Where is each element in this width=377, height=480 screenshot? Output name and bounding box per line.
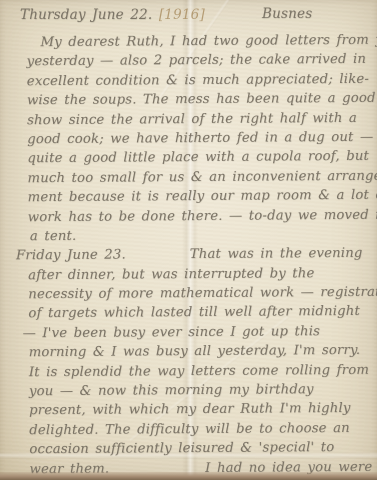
bottom-paper-edge-shadow	[0, 472, 377, 480]
letter-line: present, with which my dear Ruth I'm hig…	[29, 399, 370, 421]
letter-line: of targets which lasted till well after …	[28, 302, 369, 324]
letter-line: My dearest Ruth, I had two good letters …	[26, 31, 367, 53]
letter-line: necessity of more mathematical work — re…	[28, 283, 369, 305]
letter-line: It is splendid the way letters come roll…	[29, 360, 370, 382]
letter-line: — I've been busy ever since I got up thi…	[22, 322, 369, 344]
place-name: Busnes	[262, 6, 312, 22]
year-annotation: [1916]	[152, 7, 205, 23]
letter-line: good cook; we have hitherto fed in a dug…	[27, 128, 368, 150]
letter-date: Thursday June 22. [1916]	[20, 7, 205, 23]
letter-line: delighted. The difficulty will be to cho…	[29, 419, 370, 441]
date-text: Thursday June 22.	[20, 7, 152, 23]
letter-line: after dinner, but was interrupted by the	[28, 263, 369, 285]
letter-line: much too small for us & an inconvenient …	[27, 167, 368, 189]
letter-line: morning & I was busy all yesterday, I'm …	[29, 341, 370, 363]
letter-body: My dearest Ruth, I had two good letters …	[26, 31, 370, 479]
letter-line: wise the soups. The mess has been quite …	[27, 89, 368, 111]
letter-line: you — & now this morning my birthday	[29, 380, 370, 402]
letter-line: excellent condition & is much appreciate…	[27, 70, 368, 92]
letter-line: work has to be done there. — to-day we m…	[28, 205, 369, 227]
letter-line: ment because it is really our map room &…	[28, 186, 369, 208]
letter-line: occasion sufficiently leisured & 'specia…	[29, 438, 370, 460]
letter-line: show since the arrival of the right half…	[27, 108, 368, 130]
letter-line: yesterday — also 2 parcels; the cake arr…	[27, 50, 368, 72]
letter-header: Thursday June 22. [1916] Busnes	[20, 7, 377, 27]
letter-line: quite a good little place with a cupola …	[27, 147, 368, 169]
letter-line: a tent.	[28, 225, 369, 247]
letter-scan: Thursday June 22. [1916] Busnes My deare…	[0, 0, 377, 480]
letter-line: Friday June 23. That was in the evening	[16, 244, 369, 266]
